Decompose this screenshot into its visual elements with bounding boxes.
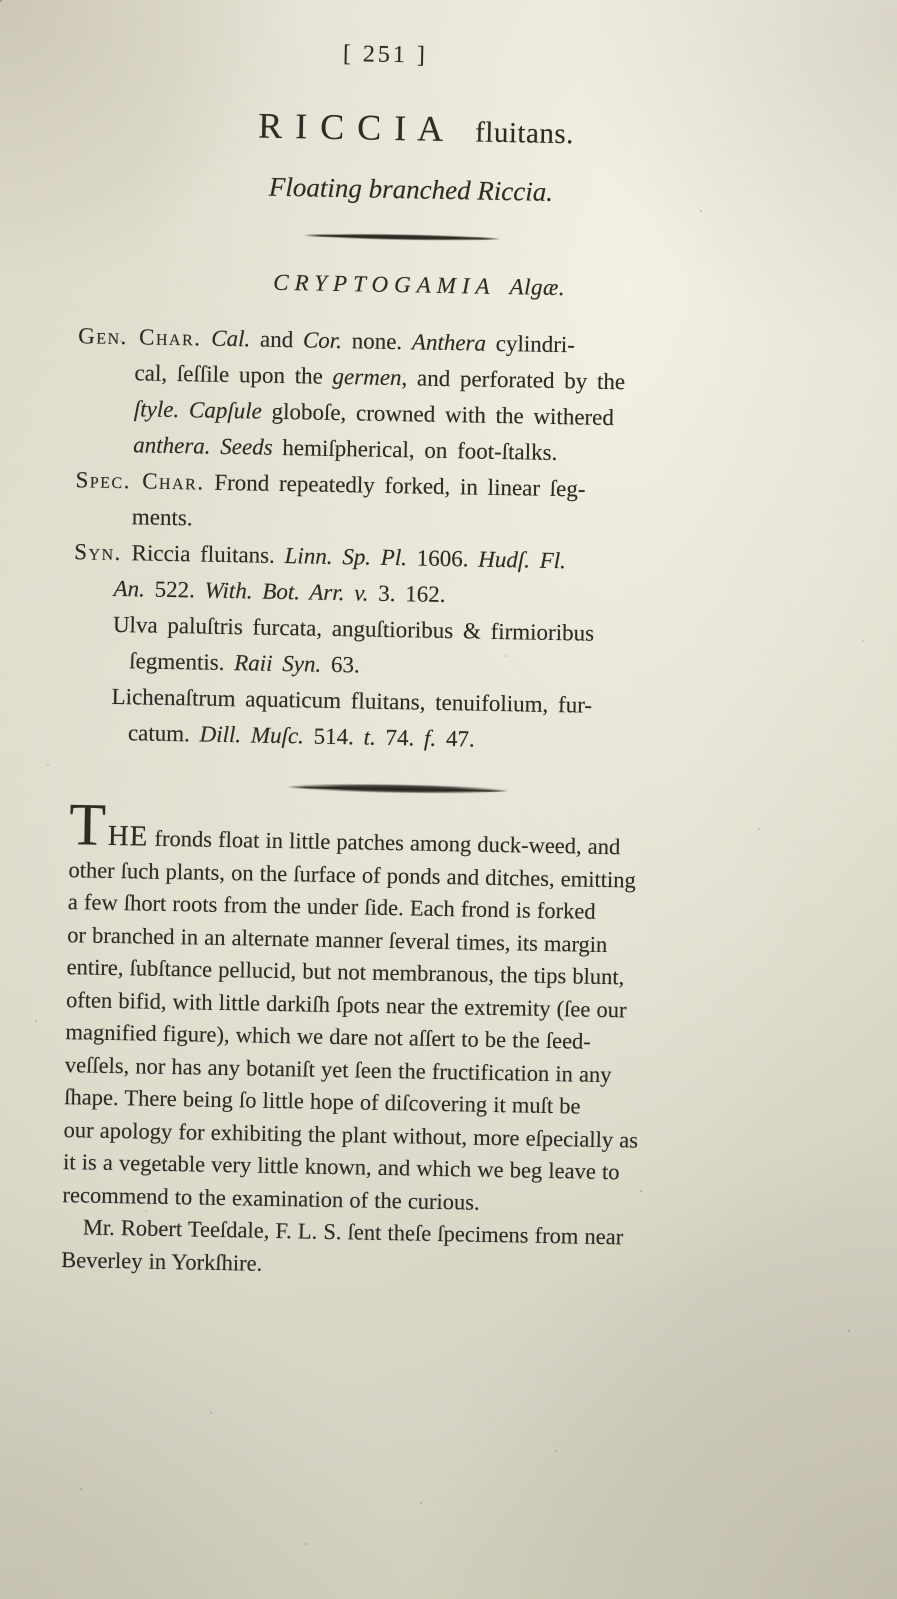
text-segment: none. — [342, 328, 412, 354]
text-segment: Beverley in Yorkſhire. — [61, 1247, 262, 1276]
text-segment: ments. — [132, 504, 193, 530]
description-section: THE fronds float in little patches among… — [61, 819, 737, 1288]
text-segment — [179, 397, 189, 422]
text-segment: entire, ſubſtance pellucid, but not memb… — [66, 954, 624, 989]
text-segment: , and perforated by the — [401, 365, 625, 394]
text-segment: Spec. Char. — [75, 467, 204, 494]
synopsis-section: Gen. Char. Cal. and Cor. none. Anthera c… — [71, 318, 747, 762]
page-content: [ 251 ] R I C C I Afluitans. Floating br… — [61, 21, 752, 1288]
text-segment: 1606. — [407, 545, 479, 571]
text-segment: veſſels, nor has any botaniſt yet ſeen t… — [65, 1052, 612, 1087]
text-segment: t. — [363, 725, 376, 750]
text-segment: anthera. — [133, 432, 211, 458]
species-title: R I C C I Afluitans. — [82, 103, 751, 156]
text-segment: Gen. Char. — [78, 323, 202, 350]
text-segment: magnified figure), which we dare not aſſ… — [65, 1019, 591, 1054]
text-segment: fronds float in little patches among duc… — [148, 826, 620, 860]
text-segment: often bifid, with little darkiſh ſpots n… — [66, 987, 627, 1022]
text-segment: Dill. Muſc. — [199, 722, 304, 749]
text-segment: Lichenaſtrum aquaticum fluitans, tenuifo… — [111, 684, 592, 718]
text-segment: Seeds — [220, 434, 273, 460]
text-segment: ſtyle. — [134, 396, 180, 422]
text-segment: An. — [113, 576, 145, 602]
text-segment: germen — [332, 364, 401, 390]
text-segment: With. Bot. Arr. v. — [204, 578, 368, 606]
drop-cap: T — [69, 791, 109, 858]
genus-name: R I C C I A — [258, 105, 446, 148]
book-page-photo: { "page": { "number": "[ 251 ]" }, "head… — [0, 0, 897, 1599]
text-segment: Anthera — [412, 329, 487, 355]
text-segment: Frond repeatedly forked, in linear ſeg- — [204, 470, 585, 502]
text-segment — [201, 325, 211, 350]
swelled-rule-divider-middle — [288, 782, 508, 795]
text-segment: hemiſpherical, on foot-ſtalks. — [272, 435, 557, 465]
text-segment: 63. — [321, 652, 360, 678]
text-segment: Syn. — [74, 539, 122, 565]
text-segment: Ulva paluſtris furcata, anguſtioribus & … — [113, 612, 595, 646]
text-segment: recommend to the examination of the curi… — [62, 1182, 480, 1215]
text-segment: and — [250, 326, 303, 352]
text-segment: cylindri- — [486, 331, 575, 358]
swelled-rule-divider-top — [304, 232, 500, 242]
text-segment: cal, ſeſſile upon the — [134, 360, 332, 389]
text-segment: Mr. Robert Teeſdale, F. L. S. ſent theſe… — [83, 1214, 624, 1249]
text-segment: globoſe, crowned with the withered — [262, 399, 615, 430]
species-epithet: fluitans. — [475, 116, 574, 150]
text-segment: Capſule — [189, 397, 262, 423]
text-segment: 3. 162. — [368, 581, 445, 607]
page-number: [ 251 ] — [51, 35, 719, 75]
text-segment: it is a vegetable very little known, and… — [63, 1149, 620, 1184]
text-segment: or branched in an alternate manner ſever… — [67, 922, 608, 957]
text-segment: Cor. — [303, 327, 342, 353]
text-segment: catum. — [128, 720, 200, 746]
text-segment: Riccia fluitans. — [122, 540, 285, 568]
text-segment: Raii Syn. — [234, 650, 321, 677]
common-name: Floating branched Riccia. — [77, 168, 745, 210]
text-segment: 74. — [376, 725, 425, 751]
text-segment: ſhape. There being ſo little hope of diſ… — [64, 1084, 581, 1118]
text-segment — [210, 434, 220, 459]
text-segment: Hudſ. Fl. — [478, 547, 566, 574]
taxonomy-heading: CRYPTOGAMIAAlgæ. — [85, 266, 753, 304]
text-segment: a few ſhort roots from the under ſide. E… — [68, 889, 596, 924]
text-segment: Linn. Sp. Pl. — [284, 543, 407, 570]
text-segment: Cal. — [211, 326, 250, 352]
class-group-name: Algæ. — [509, 274, 565, 300]
text-segment: 522. — [145, 576, 205, 602]
text-segment: ſegmentis. — [129, 648, 234, 675]
text-segment: f. — [424, 726, 437, 751]
text-segment: 47. — [436, 726, 475, 752]
text-segment: 514. — [304, 723, 364, 749]
text-segment: HE — [107, 820, 148, 853]
classification-name: CRYPTOGAMIA — [273, 270, 496, 299]
